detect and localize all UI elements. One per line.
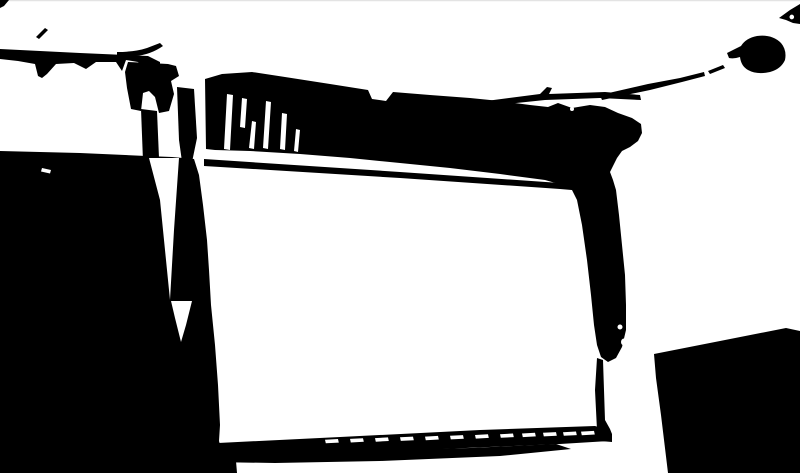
dark-doorway — [654, 328, 800, 473]
binarized-projector-screen-photo — [0, 0, 800, 473]
arrowhead-notch — [789, 15, 794, 20]
top-hairline — [0, 0, 800, 1]
photo-stage — [0, 0, 800, 473]
left-wall — [0, 151, 237, 473]
